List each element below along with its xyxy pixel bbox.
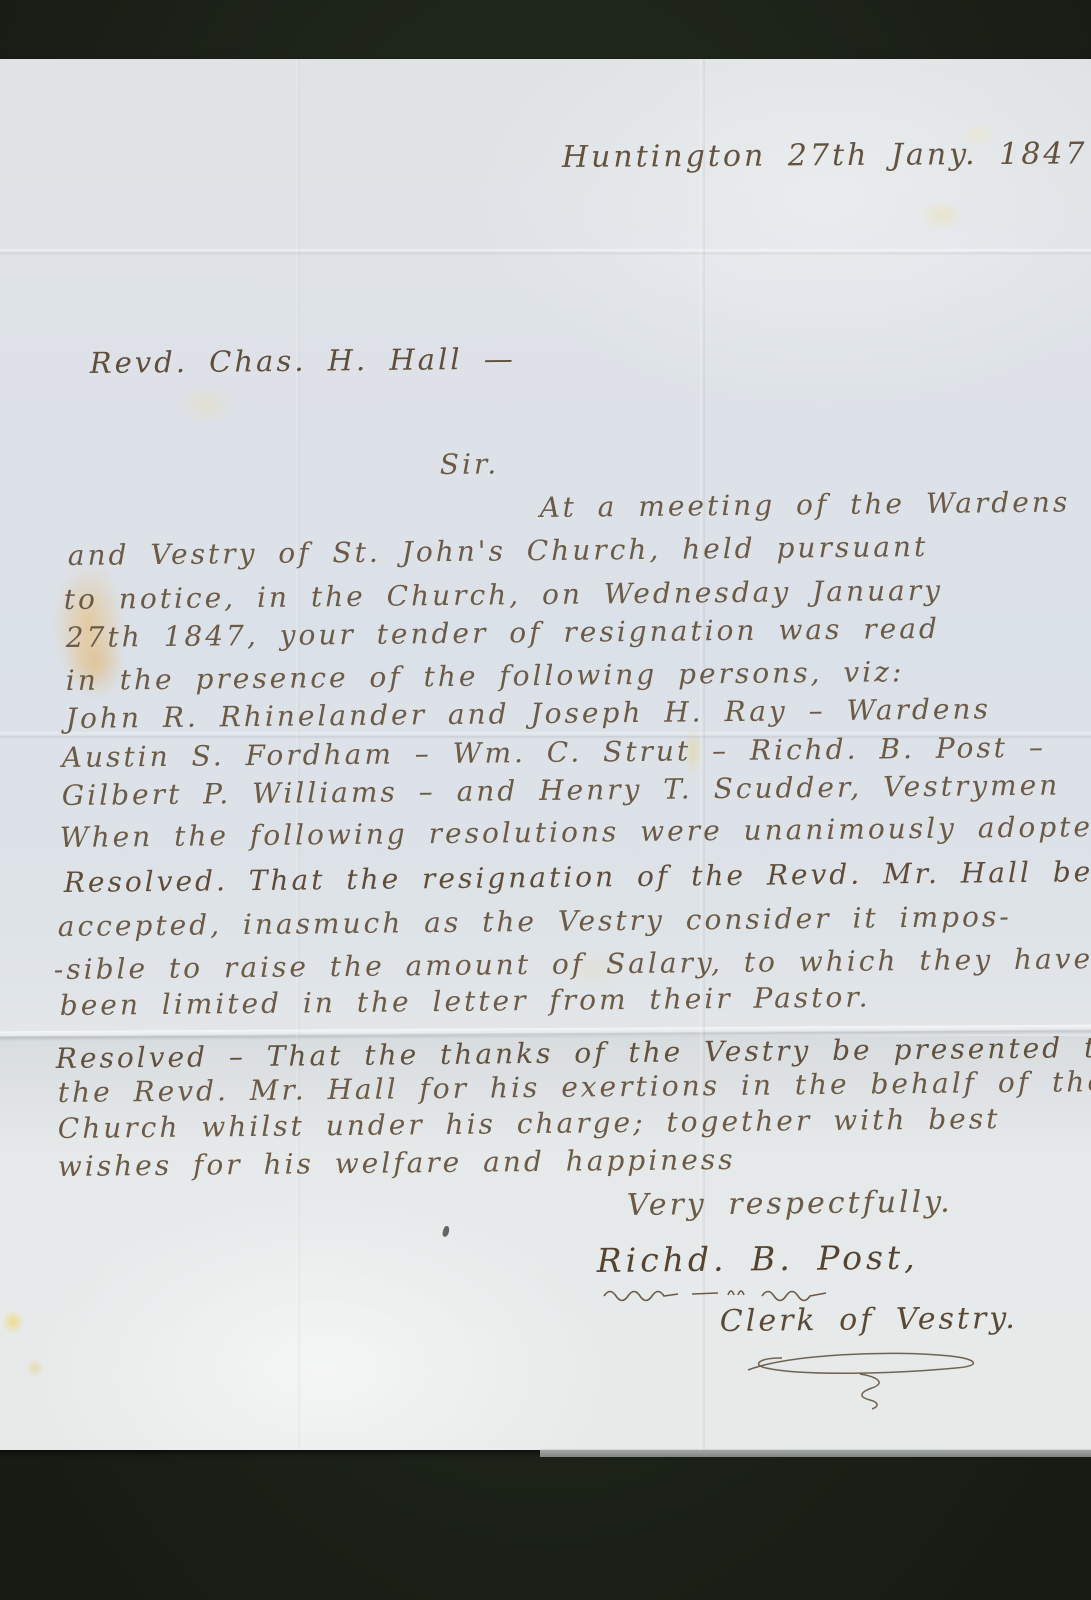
- recipient-line: Revd. Chas. H. Hall —: [90, 342, 516, 380]
- signature: Richd. B. Post,: [597, 1238, 919, 1280]
- salutation-line: Sir.: [440, 447, 500, 481]
- closing-line: Very respectfully.: [627, 1185, 953, 1223]
- signature-title: Clerk of Vestry.: [720, 1301, 1018, 1339]
- body-line: At a meeting of the Wardens: [540, 485, 1071, 524]
- flourish-ornament: [742, 1348, 992, 1404]
- signature-flourish: [600, 1284, 890, 1304]
- letter-photograph: Huntington 27th Jany. 1847 Revd. Chas. H…: [0, 0, 1091, 1600]
- dateline: Huntington 27th Jany. 1847: [562, 136, 1088, 175]
- paper-edge: [540, 1449, 1091, 1457]
